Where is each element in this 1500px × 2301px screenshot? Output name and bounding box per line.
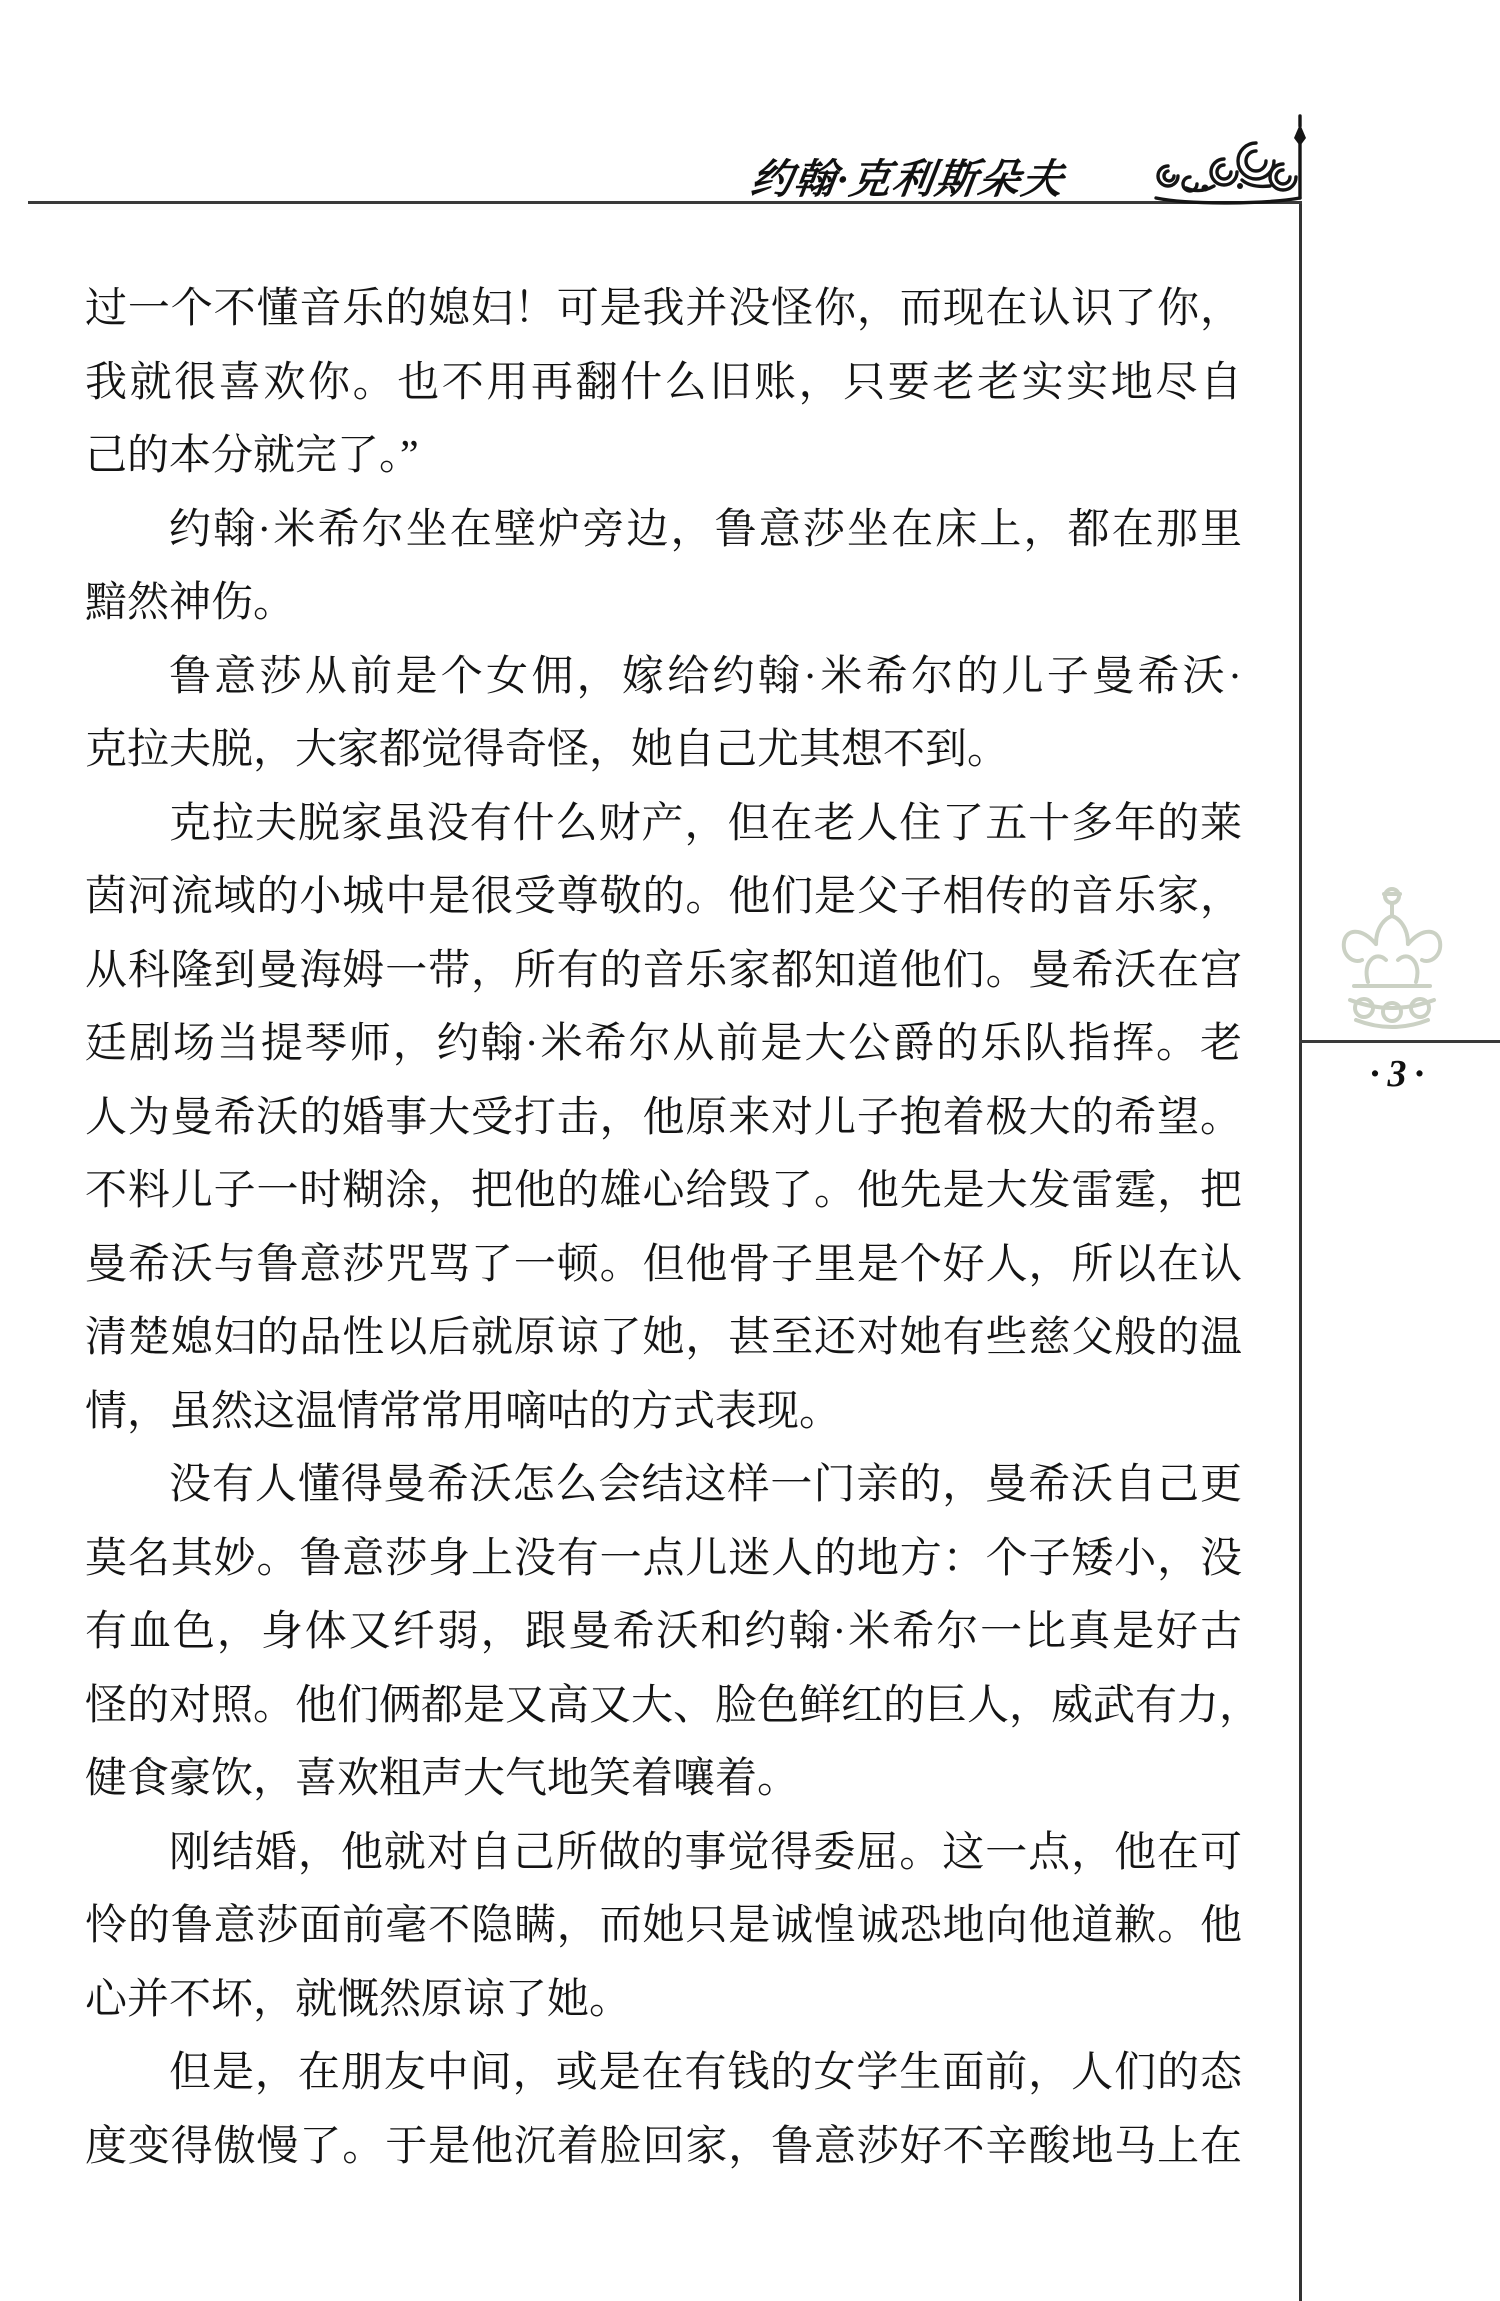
page-title: 约翰·克利斯朵夫: [748, 146, 1070, 205]
text-line: 清楚媳妇的品性以后就原谅了她，甚至还对她有些慈父般的温: [85, 1302, 1242, 1376]
page-number-rule: [1299, 1040, 1500, 1043]
text-line: 廷剧场当提琴师，约翰·米希尔从前是大公爵的乐队指挥。老: [85, 1008, 1242, 1082]
text-line: 没有人懂得曼希沃怎么会结这样一门亲的，曼希沃自己更: [85, 1449, 1242, 1523]
text-line: 我就很喜欢你。也不用再翻什么旧账，只要老老实实地尽自: [85, 347, 1242, 421]
text-line: 莫名其妙。鲁意莎身上没有一点儿迷人的地方：个子矮小，没: [85, 1523, 1242, 1597]
text-line: 己的本分就完了。”: [85, 420, 1242, 494]
header-rule: [28, 201, 1302, 204]
page-number: ·3·: [1302, 1052, 1500, 1096]
text-line: 曼希沃与鲁意莎咒骂了一顿。但他骨子里是个好人，所以在认: [85, 1229, 1242, 1303]
text-line: 刚结婚，他就对自己所做的事觉得委屈。这一点，他在可: [85, 1817, 1242, 1891]
book-page: 约翰·克利斯朵夫: [0, 0, 1500, 2301]
right-border-rule: [1299, 204, 1302, 2301]
scroll-flourish-icon: [1148, 112, 1313, 206]
text-line: 从科隆到曼海姆一带，所有的音乐家都知道他们。曼希沃在宫: [85, 935, 1242, 1009]
text-line: 但是，在朋友中间，或是在有钱的女学生面前，人们的态: [85, 2037, 1242, 2111]
text-line: 约翰·米希尔坐在壁炉旁边，鲁意莎坐在床上，都在那里: [85, 494, 1242, 568]
text-line: 鲁意莎从前是个女佣，嫁给约翰·米希尔的儿子曼希沃·: [85, 641, 1242, 715]
text-line: 人为曼希沃的婚事大受打击，他原来对儿子抱着极大的希望。: [85, 1082, 1242, 1156]
text-line: 黯然神伤。: [85, 567, 1242, 641]
text-line: 克拉夫脱，大家都觉得奇怪，她自己尤其想不到。: [85, 714, 1242, 788]
text-line: 克拉夫脱家虽没有什么财产，但在老人住了五十多年的莱: [85, 788, 1242, 862]
text-line: 茵河流域的小城中是很受尊敬的。他们是父子相传的音乐家，: [85, 861, 1242, 935]
crown-emblem-icon: [1330, 880, 1454, 1032]
text-line: 不料儿子一时糊涂，把他的雄心给毁了。他先是大发雷霆，把: [85, 1155, 1242, 1229]
text-line: 健食豪饮，喜欢粗声大气地笑着嚷着。: [85, 1743, 1242, 1817]
text-line: 情，虽然这温情常常用嘀咕的方式表现。: [85, 1376, 1242, 1450]
text-line: 度变得傲慢了。于是他沉着脸回家，鲁意莎好不辛酸地马上在: [85, 2111, 1242, 2185]
text-line: 过一个不懂音乐的媳妇！可是我并没怪你，而现在认识了你，: [85, 273, 1242, 347]
text-line: 有血色，身体又纤弱，跟曼希沃和约翰·米希尔一比真是好古: [85, 1596, 1242, 1670]
body-text: 过一个不懂音乐的媳妇！可是我并没怪你，而现在认识了你，我就很喜欢你。也不用再翻什…: [85, 273, 1242, 2184]
text-line: 怪的对照。他们俩都是又高又大、脸色鲜红的巨人，威武有力，: [85, 1670, 1242, 1744]
text-line: 怜的鲁意莎面前毫不隐瞒，而她只是诚惶诚恐地向他道歉。他: [85, 1890, 1242, 1964]
text-line: 心并不坏，就慨然原谅了她。: [85, 1964, 1242, 2038]
